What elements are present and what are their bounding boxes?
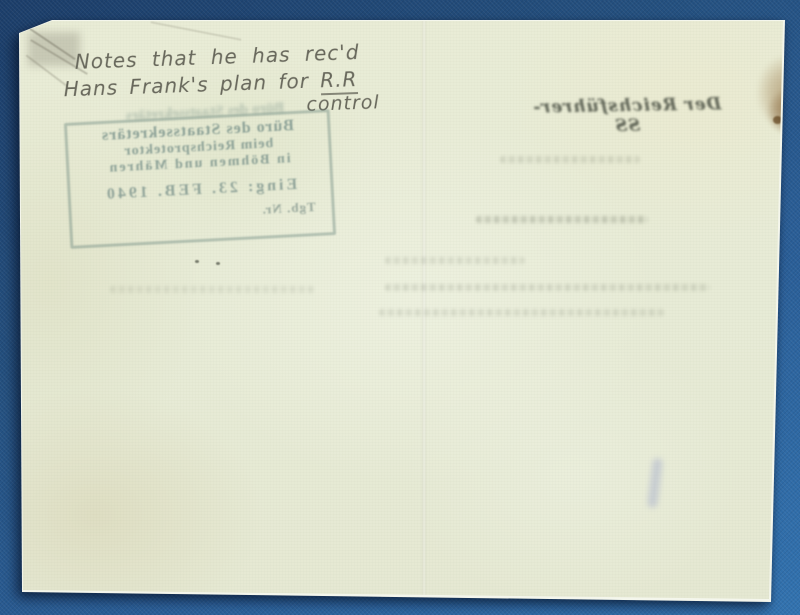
stamp-text-mirrored: Büro des Staatssekretärs beim Reichsprot…: [67, 112, 333, 245]
typed-text-bleed-line: [476, 216, 648, 223]
note-line-2-text: Hans Frank's plan for: [63, 68, 320, 101]
pencil-scribble-stroke: [151, 21, 242, 41]
ink-speck: [195, 260, 199, 263]
typed-text-bleed-line: [110, 286, 315, 293]
typed-text-bleed-line: [385, 284, 710, 291]
document-photo: Notes that he has rec'd Hans Frank's pla…: [18, 20, 788, 602]
receipt-stamp-bleedthrough: Büro des Staatssekretärs beim Reichsprot…: [64, 109, 336, 249]
faint-ink-smudge: [647, 458, 663, 509]
document-sheet-verso: Notes that he has rec'd Hans Frank's pla…: [18, 20, 788, 602]
typed-text-bleed-line: [500, 156, 640, 163]
ink-speck: [216, 262, 220, 265]
typed-text-bleed-line: [385, 257, 525, 264]
letterhead-bleedthrough: Der Reichsführer-SS: [531, 94, 724, 137]
typed-text-bleed-line: [379, 309, 664, 316]
note-underlined-abbreviation: R.R: [320, 67, 358, 95]
